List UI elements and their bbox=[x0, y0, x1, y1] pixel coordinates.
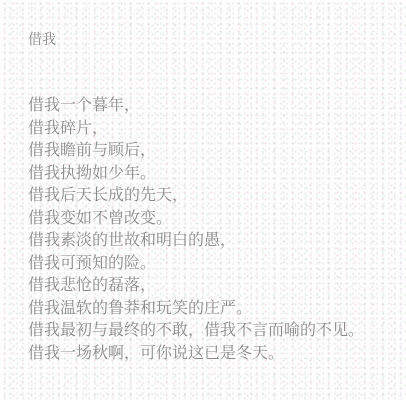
poem-line: 借我一个暮年， bbox=[28, 95, 386, 118]
poem-body: 借我一个暮年， 借我碎片， 借我瞻前与顾后， 借我执拗如少年。 借我后天长成的先… bbox=[28, 95, 386, 365]
poem-title: 借我 bbox=[28, 29, 386, 49]
poem-line: 借我碎片， bbox=[28, 118, 386, 141]
poem-line: 借我后天长成的先天， bbox=[28, 185, 386, 208]
poem-line: 借我温软的鲁莽和玩笑的庄严。 bbox=[28, 298, 386, 321]
poem-line: 借我一场秋啊，可你说这已是冬天。 bbox=[28, 343, 386, 366]
poem-line: 借我最初与最终的不敢，借我不言而喻的不见。 bbox=[28, 320, 386, 343]
document-page: 借我 借我一个暮年， 借我碎片， 借我瞻前与顾后， 借我执拗如少年。 借我后天长… bbox=[0, 0, 406, 400]
poem-line: 借我执拗如少年。 bbox=[28, 163, 386, 186]
poem-line: 借我悲怆的磊落， bbox=[28, 275, 386, 298]
poem-line: 借我瞻前与顾后， bbox=[28, 140, 386, 163]
poem-line: 借我素淡的世故和明白的愚， bbox=[28, 230, 386, 253]
poem-line: 借我变如不曾改变。 bbox=[28, 208, 386, 231]
poem-line: 借我可预知的险。 bbox=[28, 253, 386, 276]
